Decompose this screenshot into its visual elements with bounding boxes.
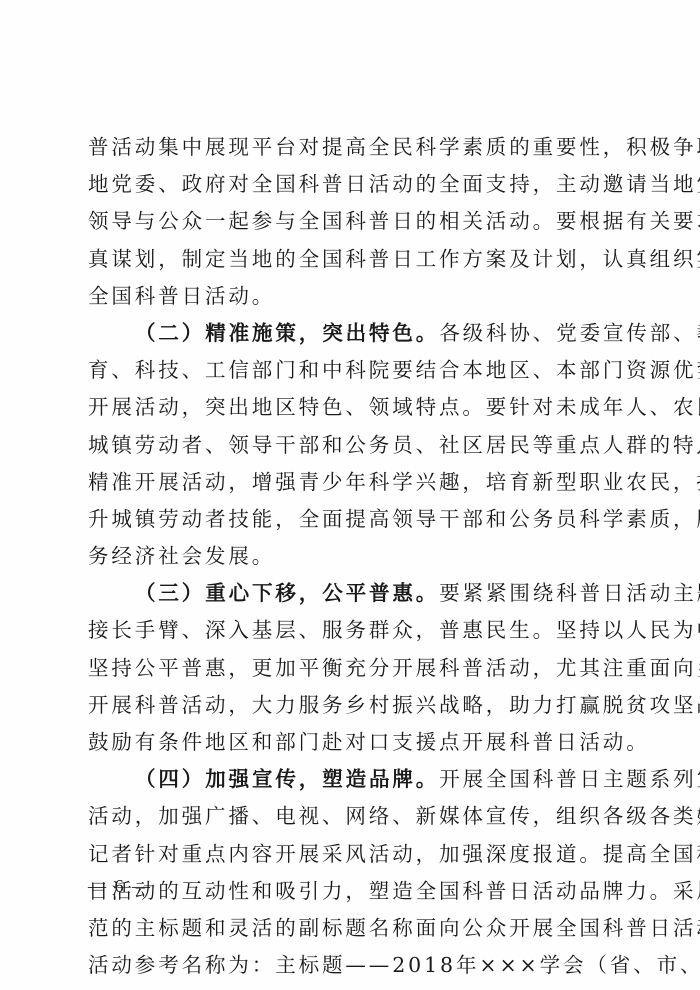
text-line: 全国科普日活动。: [88, 278, 608, 315]
text-line: 育、科技、工信部门和中科院要结合本地区、本部门资源优势: [88, 352, 608, 389]
section-4-heading: （四）加强宣传，塑造品牌。: [135, 767, 439, 791]
page-number: — 6 —: [88, 876, 152, 897]
text-line: 城镇劳动者、领导干部和公务员、社区居民等重点人群的特点: [88, 427, 608, 464]
text-line: 活动，加强广播、电视、网络、新媒体宣传，组织各级各类媒体: [88, 798, 608, 835]
text-line: 活动参考名称为：主标题——2018年×××学会（省、市、县、: [88, 947, 608, 984]
text-line: 普活动集中展现平台对提高全民科学素质的重要性，积极争取当: [88, 129, 608, 166]
text-line: 坚持公平普惠，更加平衡充分开展科普活动，尤其注重面向乡村: [88, 650, 608, 687]
section-3-first-line-text: 要紧紧围绕科普日活动主题，: [439, 581, 700, 605]
section-4-first-line-text: 开展全国科普日主题系列宣传: [439, 767, 700, 791]
body-text: 普活动集中展现平台对提高全民科学素质的重要性，积极争取当 地党委、政府对全国科普…: [88, 129, 608, 984]
text-line: 务经济社会发展。: [88, 538, 608, 575]
text-line: 开展科普活动，大力服务乡村振兴战略，助力打赢脱贫攻坚战。: [88, 687, 608, 724]
text-line: 地党委、政府对全国科普日活动的全面支持，主动邀请当地党政: [88, 166, 608, 203]
text-line: 真谋划，制定当地的全国科普日工作方案及计划，认真组织实施: [88, 241, 608, 278]
section-4-first-line: （四）加强宣传，塑造品牌。开展全国科普日主题系列宣传: [88, 761, 608, 798]
text-line: 升城镇劳动者技能，全面提高领导干部和公务员科学素质，服: [88, 501, 608, 538]
section-2-first-line-text: 各级科协、党委宣传部、教: [439, 321, 700, 345]
text-line: 精准开展活动，增强青少年科学兴趣，培育新型职业农民，提: [88, 464, 608, 501]
text-line: 开展活动，突出地区特色、领域特点。要针对未成年人、农民、: [88, 389, 608, 426]
text-line: 领导与公众一起参与全国科普日的相关活动。要根据有关要求认: [88, 203, 608, 240]
section-2-heading: （二）精准施策，突出特色。: [135, 321, 439, 345]
text-line: 记者针对重点内容开展采风活动，加强深度报道。提高全国科普: [88, 836, 608, 873]
text-line: 范的主标题和灵活的副标题名称面向公众开展全国科普日活动，: [88, 910, 608, 947]
section-3-heading: （三）重心下移，公平普惠。: [135, 581, 439, 605]
section-2-first-line: （二）精准施策，突出特色。各级科协、党委宣传部、教: [88, 315, 608, 352]
text-line: 接长手臂、深入基层、服务群众，普惠民生。坚持以人民为中心，: [88, 612, 608, 649]
text-line: 鼓励有条件地区和部门赴对口支援点开展科普日活动。: [88, 724, 608, 761]
document-page: 普活动集中展现平台对提高全民科学素质的重要性，积极争取当 地党委、政府对全国科普…: [0, 0, 700, 990]
section-3-first-line: （三）重心下移，公平普惠。要紧紧围绕科普日活动主题，: [88, 575, 608, 612]
text-line: 日活动的互动性和吸引力，塑造全国科普日活动品牌力。采用规: [88, 873, 608, 910]
